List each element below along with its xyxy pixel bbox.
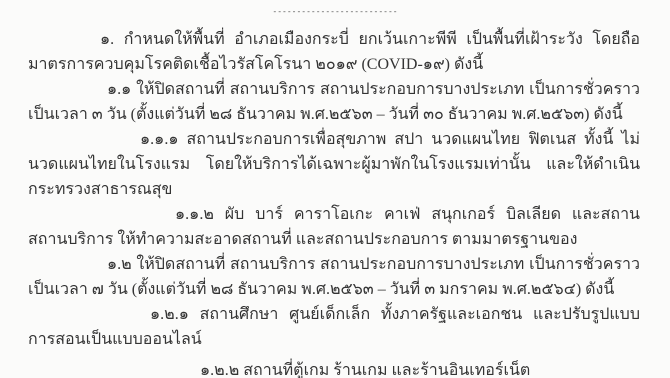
paragraph-line: ๑.๑.๒ ผับ บาร์ คาราโอเกะ คาเฟ่ สนุกเกอร์… <box>28 202 640 227</box>
paragraph-line: เป็นเวลา ๓ วัน (ตั้งแต่วันที่ ๒๘ ธันวาคม… <box>28 102 640 127</box>
paragraph: ๑.๒.๒ สถานที่ตู้เกม ร้านเกม และร้านอินเท… <box>28 358 640 378</box>
paragraph-line: สถานบริการ ให้ทำความสะอาดสถานที่ และสถาน… <box>28 227 640 252</box>
paragraph: ๑.๒ ให้ปิดสถานที่ สถานบริการ สถานประกอบก… <box>28 252 640 302</box>
document-body: ๑. กำหนดให้พื้นที่ อำเภอเมืองกระบี่ ยกเว… <box>0 17 670 378</box>
paragraph: ๑.๑ ให้ปิดสถานที่ สถานบริการ สถานประกอบก… <box>28 77 640 127</box>
paragraph-line: ๑. กำหนดให้พื้นที่ อำเภอเมืองกระบี่ ยกเว… <box>28 27 640 52</box>
paragraph-line: ๑.๒.๑ สถานศึกษา ศูนย์เด็กเล็ก ทั้งภาครัฐ… <box>28 302 640 327</box>
paragraph-line: ๑.๑.๑ สถานประกอบการเพื่อสุขภาพ สปา นวดแผ… <box>28 127 640 152</box>
dashed-separator: -------------------------- <box>0 0 670 17</box>
paragraph-line: ๑.๒ ให้ปิดสถานที่ สถานบริการ สถานประกอบก… <box>28 252 640 277</box>
paragraph-line: การสอนเป็นแบบออนไลน์ <box>28 327 640 352</box>
paragraph-line: เป็นเวลา ๗ วัน (ตั้งแต่วันที่ ๒๘ ธันวาคม… <box>28 277 640 302</box>
paragraph: ๑.๑.๒ ผับ บาร์ คาราโอเกะ คาเฟ่ สนุกเกอร์… <box>28 202 640 252</box>
paragraph-line: ๑.๑ ให้ปิดสถานที่ สถานบริการ สถานประกอบก… <box>28 77 640 102</box>
paragraph-line: ๑.๒.๒ สถานที่ตู้เกม ร้านเกม และร้านอินเท… <box>28 358 640 378</box>
paragraph-line: กระทรวงสาธารณสุข <box>28 177 640 202</box>
paragraph: ๑.๑.๑ สถานประกอบการเพื่อสุขภาพ สปา นวดแผ… <box>28 127 640 202</box>
paragraph: ๑. กำหนดให้พื้นที่ อำเภอเมืองกระบี่ ยกเว… <box>28 27 640 77</box>
paragraph-line: นวดแผนไทยในโรงแรม โดยให้บริการได้เฉพาะผู… <box>28 152 640 177</box>
paragraph-line: มาตรการควบคุมโรคติดเชื้อไวรัสโคโรนา ๒๐๑๙… <box>28 52 640 77</box>
paragraph: ๑.๒.๑ สถานศึกษา ศูนย์เด็กเล็ก ทั้งภาครัฐ… <box>28 302 640 352</box>
